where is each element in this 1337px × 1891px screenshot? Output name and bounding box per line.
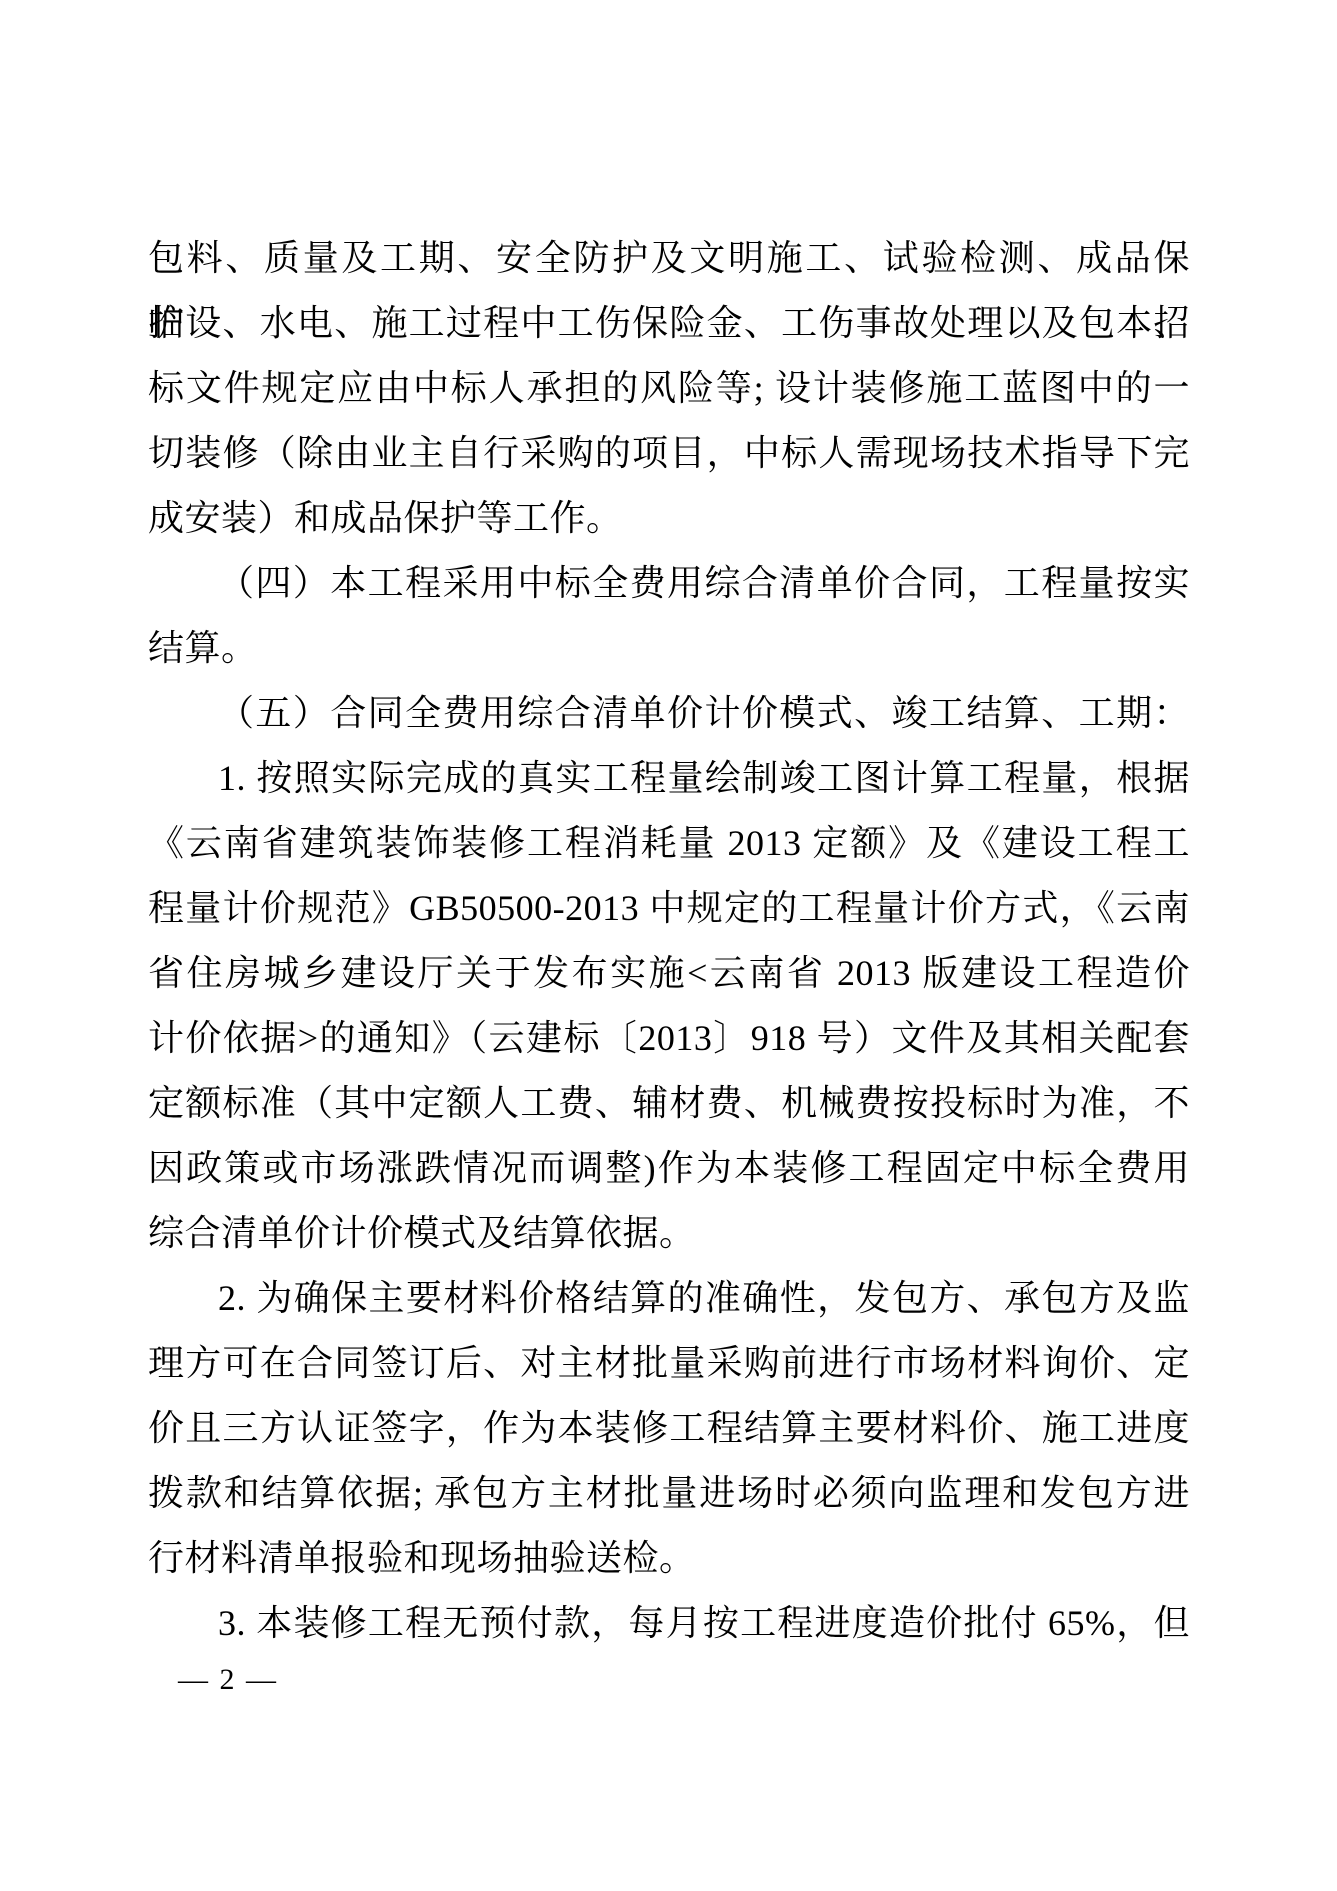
text-line: 标文件规定应由中标人承担的风险等; 设计装修施工蓝图中的一: [148, 356, 1190, 421]
text-line: 拨款和结算依据; 承包方主材批量进场时必须向监理和发包方进: [148, 1461, 1190, 1526]
page-number: — 2 —: [178, 1660, 278, 1700]
text-line: 行材料清单报验和现场抽验送检。: [148, 1526, 1190, 1591]
text-line: 定额标准（其中定额人工费、辅材费、机械费按投标时为准，不: [148, 1071, 1190, 1136]
text-line: 综合清单价计价模式及结算依据。: [148, 1201, 1190, 1266]
text-line: 省住房城乡建设厅关于发布实施<云南省 2013 版建设工程造价: [148, 941, 1190, 1006]
text-line: 结算。: [148, 616, 1190, 681]
document-body: 包料、质量及工期、安全防护及文明施工、试验检测、成品保护、临设、水电、施工过程中…: [148, 226, 1190, 1656]
text-line: 3. 本装修工程无预付款，每月按工程进度造价批付 65%，但: [148, 1591, 1190, 1656]
text-line: 1. 按照实际完成的真实工程量绘制竣工图计算工程量，根据: [148, 746, 1190, 811]
text-line: 程量计价规范》GB50500-2013 中规定的工程量计价方式，《云南: [148, 876, 1190, 941]
text-line: 临设、水电、施工过程中工伤保险金、工伤事故处理以及包本招: [148, 291, 1190, 356]
text-line: 计价依据>的通知》（云建标〔2013〕918 号）文件及其相关配套: [148, 1006, 1190, 1071]
document-page: 包料、质量及工期、安全防护及文明施工、试验检测、成品保护、临设、水电、施工过程中…: [0, 0, 1337, 1891]
text-line: 价且三方认证签字，作为本装修工程结算主要材料价、施工进度: [148, 1396, 1190, 1461]
text-line: 《云南省建筑装饰装修工程消耗量 2013 定额》及《建设工程工: [148, 811, 1190, 876]
text-line: 理方可在合同签订后、对主材批量采购前进行市场材料询价、定: [148, 1331, 1190, 1396]
text-line: 包料、质量及工期、安全防护及文明施工、试验检测、成品保护、: [148, 226, 1190, 291]
text-line: 2. 为确保主要材料价格结算的准确性，发包方、承包方及监: [148, 1266, 1190, 1331]
text-line: 切装修（除由业主自行采购的项目，中标人需现场技术指导下完: [148, 421, 1190, 486]
text-line: 因政策或市场涨跌情况而调整)作为本装修工程固定中标全费用: [148, 1136, 1190, 1201]
text-line: 成安装）和成品保护等工作。: [148, 486, 1190, 551]
text-line: （四）本工程采用中标全费用综合清单价合同，工程量按实: [148, 551, 1190, 616]
text-line: （五）合同全费用综合清单价计价模式、竣工结算、工期：: [148, 681, 1190, 746]
